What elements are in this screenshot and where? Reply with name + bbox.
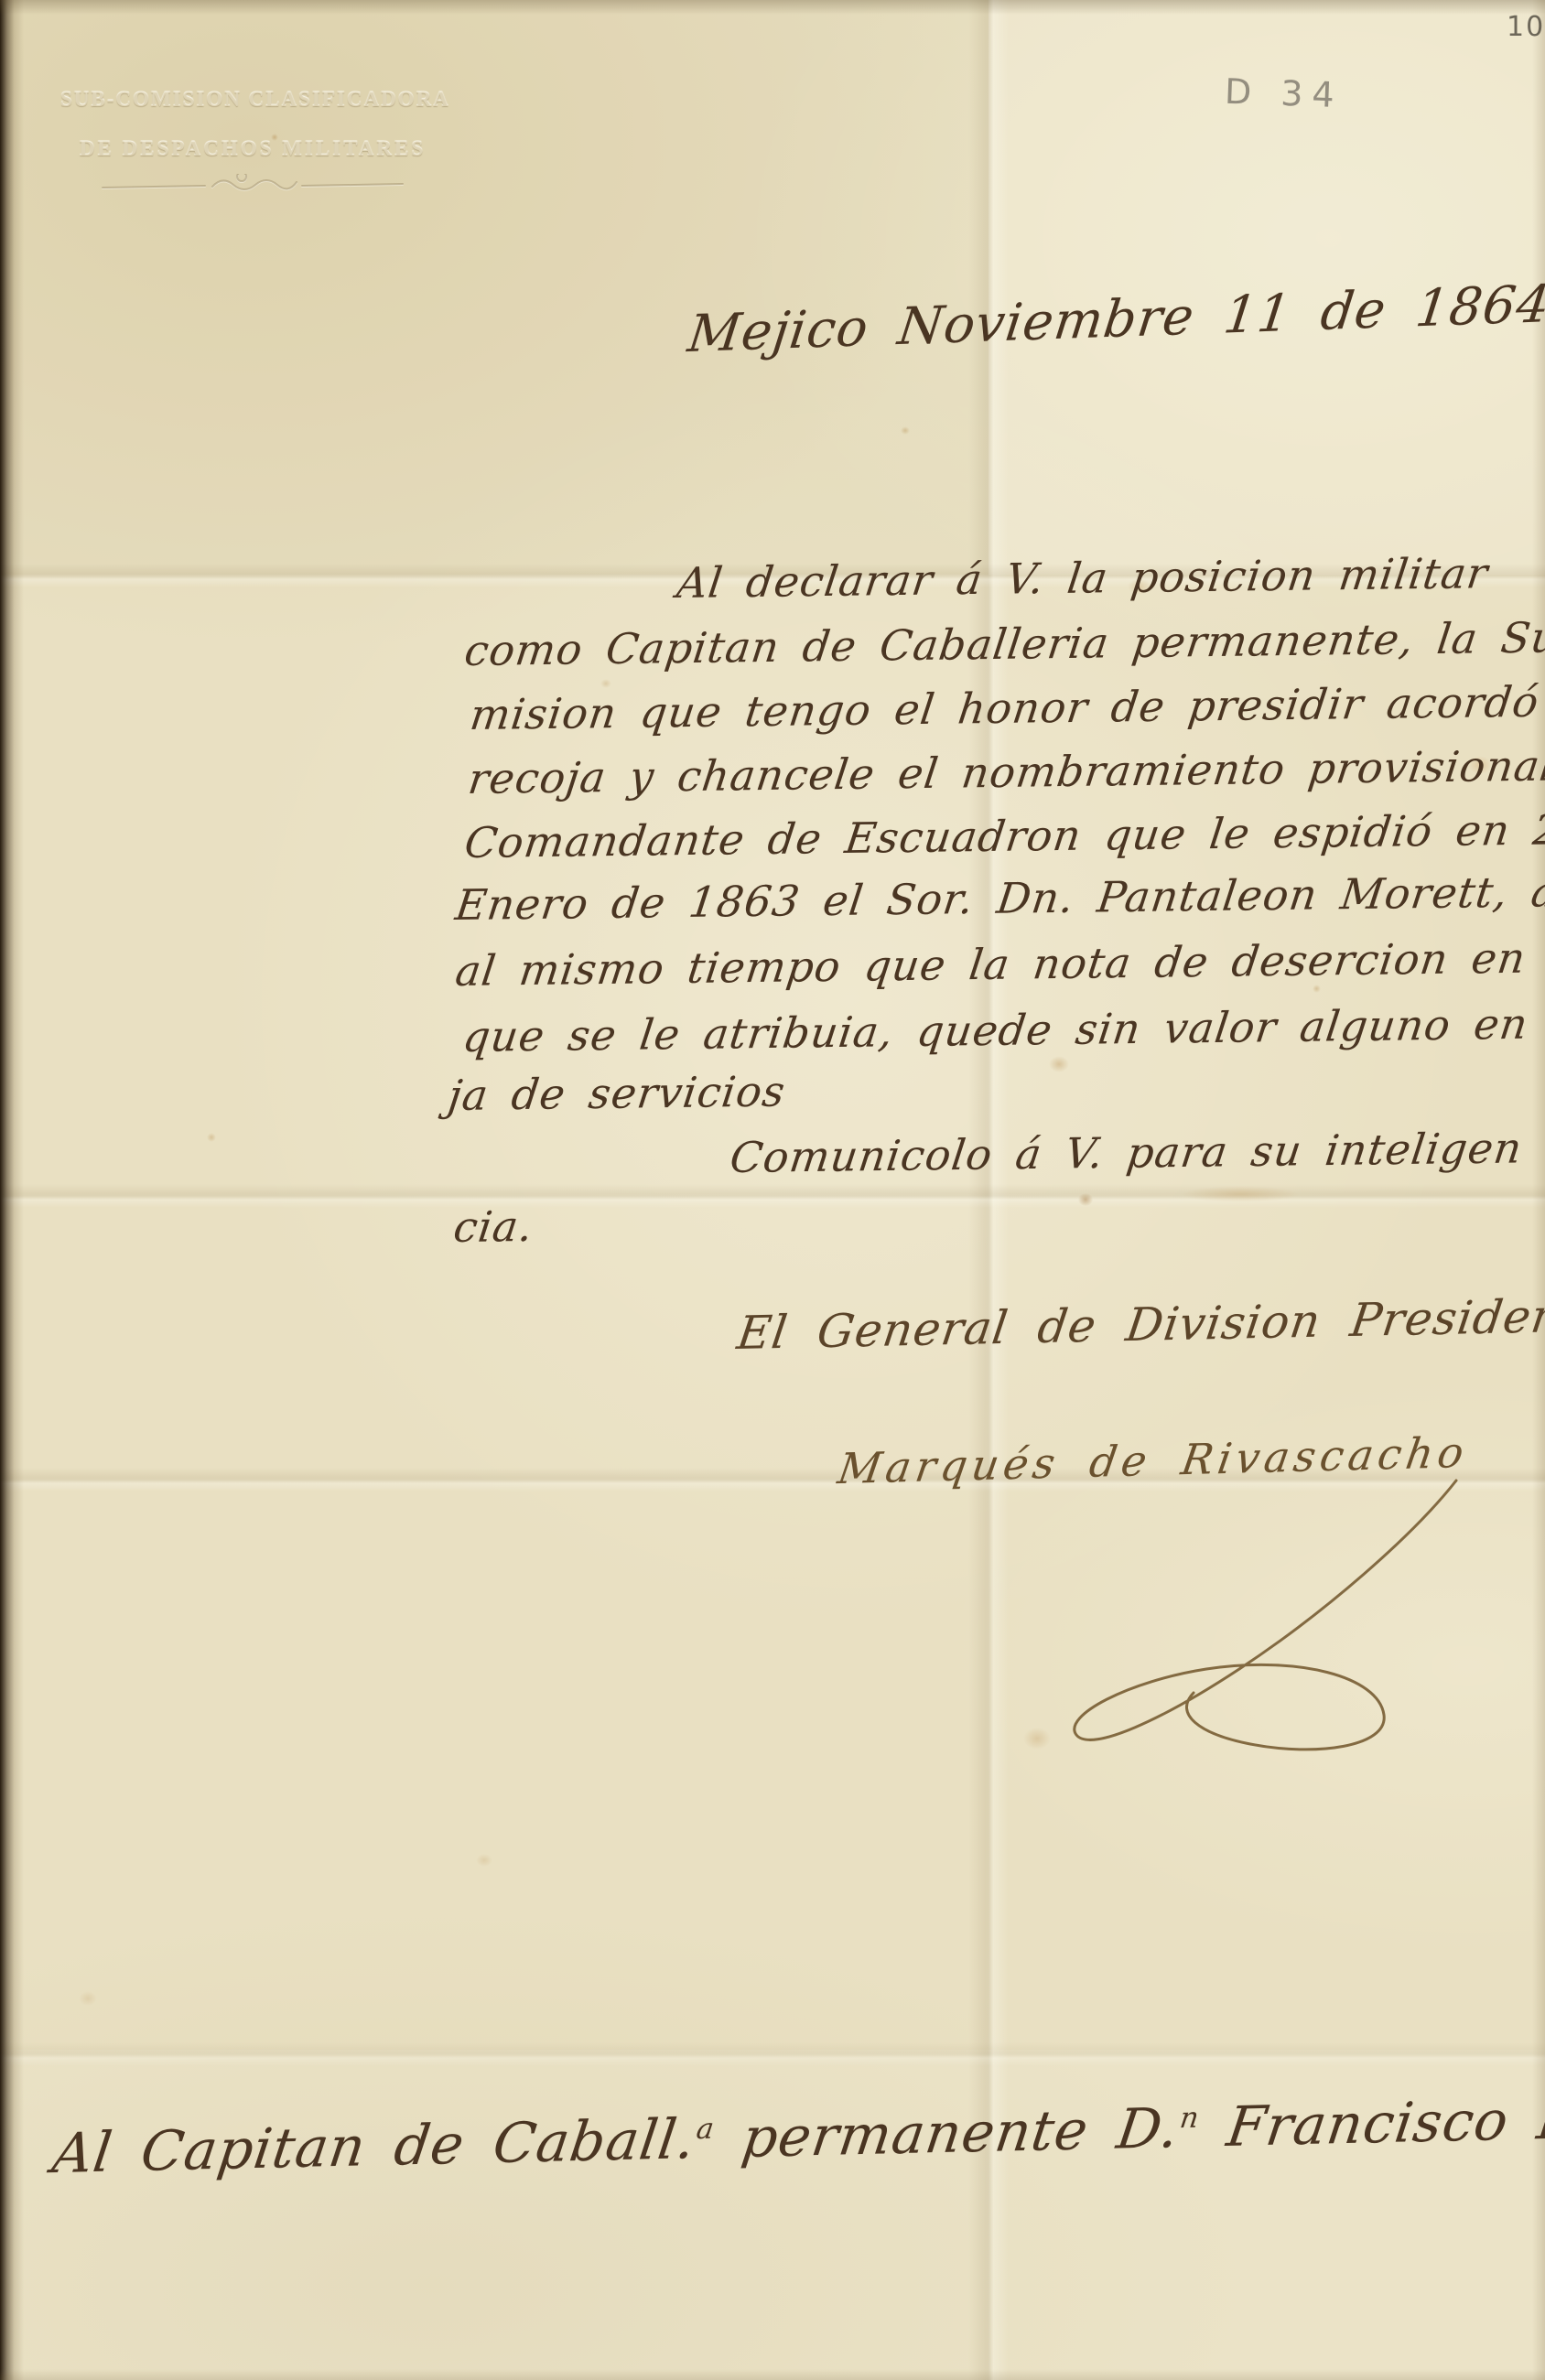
foxing-stain bbox=[476, 1854, 492, 1867]
stamp-line: DE DESPACHOS MILITARES bbox=[60, 137, 445, 161]
vertical-fold-crease bbox=[968, 0, 1009, 2380]
addressee-line: Al Capitan de Caball.a permanente D.n Fr… bbox=[49, 2087, 1545, 2181]
foxing-stain bbox=[1049, 1056, 1069, 1072]
page-number-pencil: 10 bbox=[1507, 11, 1545, 43]
foxing-stain bbox=[600, 679, 611, 688]
foxing-stain bbox=[1181, 1186, 1300, 1202]
body-line: que se le atribuia, quede sin valor algu… bbox=[460, 1002, 1545, 1058]
body-line: ja de servicios bbox=[446, 1070, 788, 1116]
closing-line: cia. bbox=[451, 1205, 535, 1248]
addressee-text: permanente D. bbox=[708, 2096, 1183, 2171]
stamp-line: SUB-COMISION CLASIFICADORA bbox=[60, 88, 445, 112]
body-line: mision que tengo el honor de presidir ac… bbox=[468, 679, 1545, 736]
signature-rubric-icon bbox=[994, 1475, 1470, 1759]
body-line: como Capitan de Caballeria permanente, l… bbox=[462, 616, 1545, 673]
paper-tint bbox=[0, 0, 989, 575]
stamp-flourish-icon bbox=[97, 174, 408, 198]
foxing-stain bbox=[901, 426, 910, 435]
paper-edge-shadow bbox=[0, 0, 1545, 15]
foxing-stain bbox=[1313, 985, 1321, 993]
embossed-letterhead-stamp: SUB-COMISION CLASIFICADORA DE DESPACHOS … bbox=[60, 88, 445, 202]
paper-edge-shadow bbox=[1532, 0, 1545, 2380]
signature-title: El General de Division Presidente bbox=[735, 1292, 1545, 1356]
dateline: Mejico Noviembre 11 de 1864. bbox=[686, 278, 1545, 361]
body-line: Enero de 1863 el Sor. Dn. Pantaleon More… bbox=[453, 867, 1545, 926]
paper-edge-shadow bbox=[0, 0, 24, 2380]
paper-edge-shadow bbox=[0, 2369, 1545, 2380]
horizontal-fold-crease bbox=[0, 1184, 1545, 1208]
addressee-text: Al Capitan de Caball. bbox=[49, 2107, 699, 2186]
body-line: recoja y chancele el nombramiento provis… bbox=[466, 743, 1545, 800]
addressee-text: Francisco Barraga bbox=[1194, 2083, 1545, 2159]
pencil-annotation: D 34 bbox=[1224, 71, 1344, 115]
letter-page: SUB-COMISION CLASIFICADORA DE DESPACHOS … bbox=[0, 0, 1545, 2380]
foxing-stain bbox=[79, 1991, 97, 2006]
horizontal-fold-crease bbox=[0, 2042, 1545, 2066]
foxing-stain bbox=[1078, 1193, 1093, 1206]
closing-line: Comunicolo á V. para su inteligen bbox=[728, 1126, 1525, 1179]
foxing-stain bbox=[207, 1133, 216, 1142]
body-line: al mismo tiempo que la nota de desercion… bbox=[453, 935, 1545, 992]
body-line: Al declarar á V. la posicion militar bbox=[675, 552, 1491, 604]
body-line: Comandante de Escuadron que le espidió e… bbox=[462, 807, 1545, 864]
